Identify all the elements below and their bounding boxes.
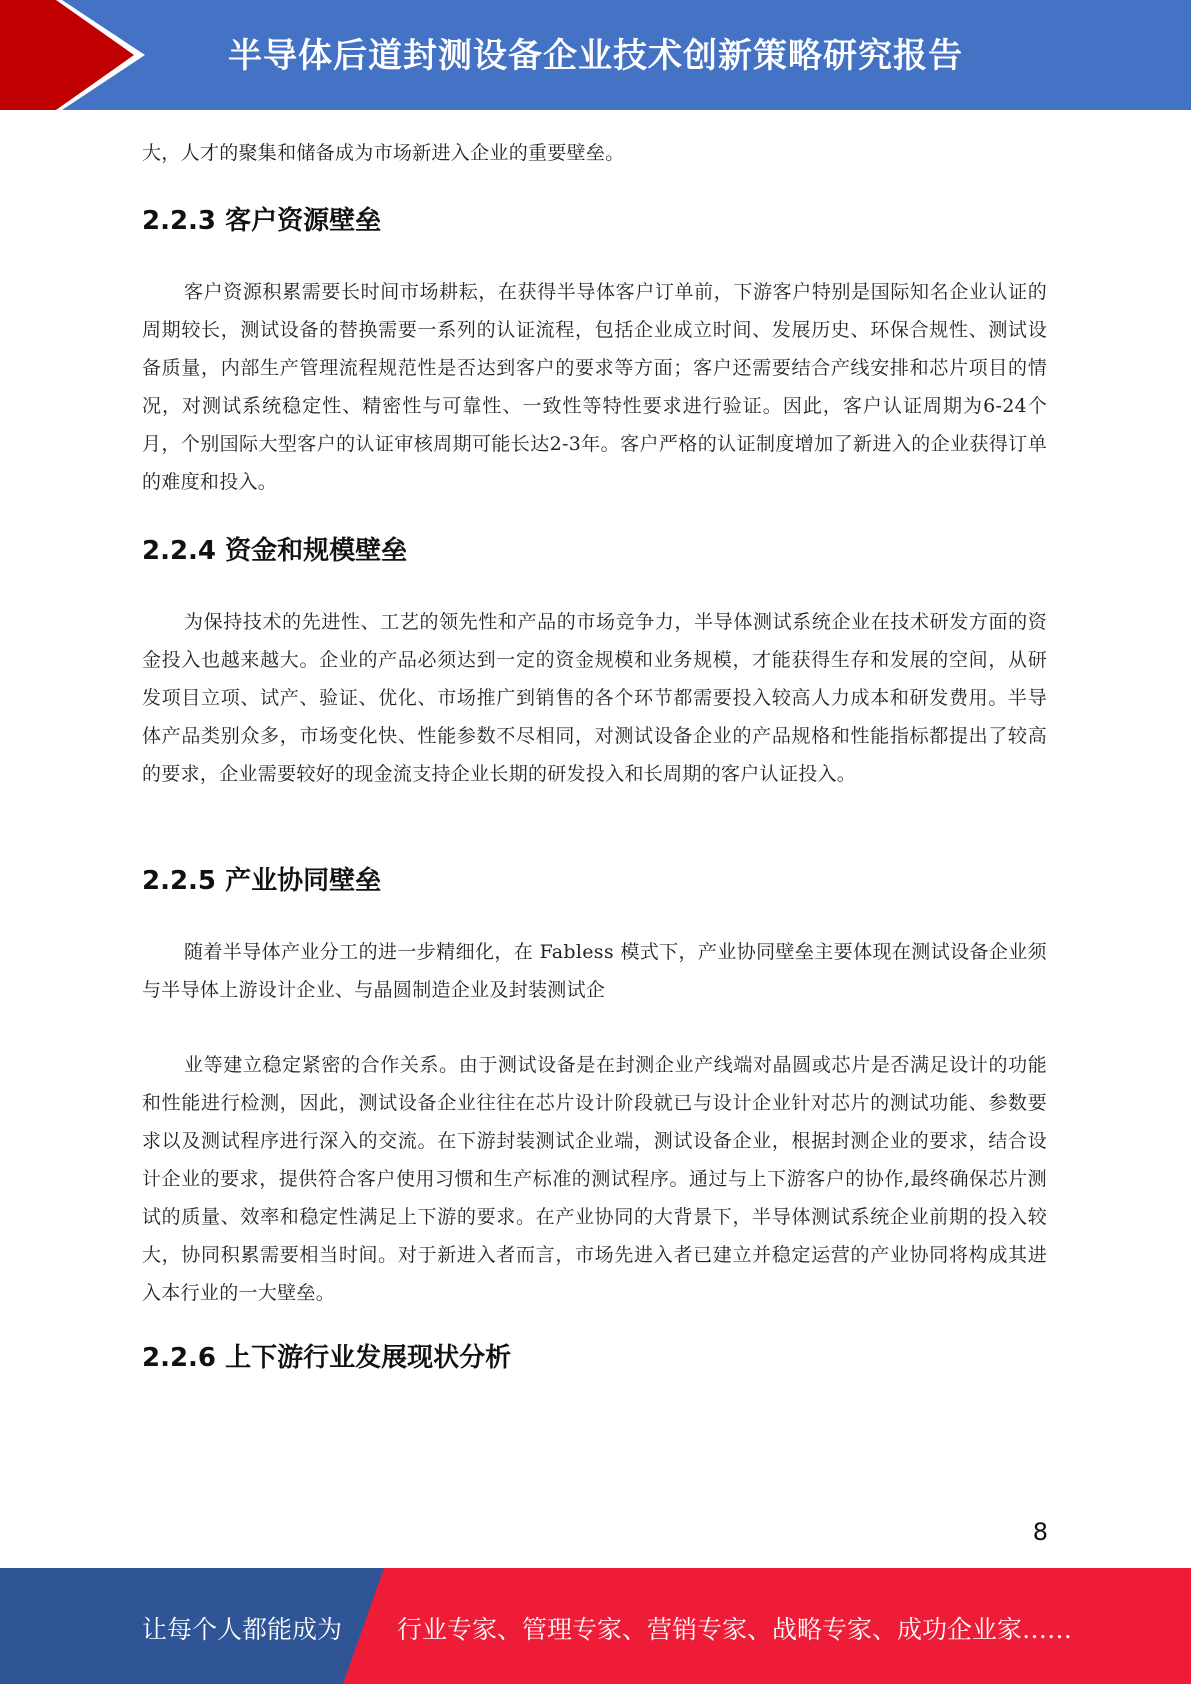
section-heading-2-2-3: 2.2.3 客户资源壁垒 (142, 200, 381, 237)
paragraph: 业等建立稳定紧密的合作关系。由于测试设备是在封测企业产线端对晶圆或芯片是否满足设… (142, 1046, 1047, 1312)
page-footer: 让每个人都能成为 行业专家、管理专家、营销专家、战略专家、成功企业家…… (0, 1568, 1191, 1684)
footer-slogan-right: 行业专家、管理专家、营销专家、战略专家、成功企业家…… (397, 1610, 1072, 1646)
paragraph: 客户资源积累需要长时间市场耕耘，在获得半导体客户订单前，下游客户特别是国际知名企… (142, 273, 1047, 501)
section-heading-2-2-4: 2.2.4 资金和规模壁垒 (142, 530, 407, 567)
red-chevron-decoration (0, 0, 160, 110)
footer-slogan-left: 让每个人都能成为 (142, 1610, 342, 1646)
page-header: 半导体后道封测设备企业技术创新策略研究报告 (0, 0, 1191, 110)
section-heading-2-2-6: 2.2.6 上下游行业发展现状分析 (142, 1337, 511, 1374)
page-number: 8 (1033, 1518, 1048, 1546)
report-title: 半导体后道封测设备企业技术创新策略研究报告 (228, 28, 963, 77)
paragraph: 随着半导体产业分工的进一步精细化，在 Fabless 模式下，产业协同壁垒主要体… (142, 933, 1047, 1009)
paragraph: 为保持技术的先进性、工艺的领先性和产品的市场竞争力，半导体测试系统企业在技术研发… (142, 603, 1047, 793)
paragraph-continuation: 大，人才的聚集和储备成为市场新进入企业的重要壁垒。 (142, 134, 1047, 172)
section-heading-2-2-5: 2.2.5 产业协同壁垒 (142, 860, 381, 897)
